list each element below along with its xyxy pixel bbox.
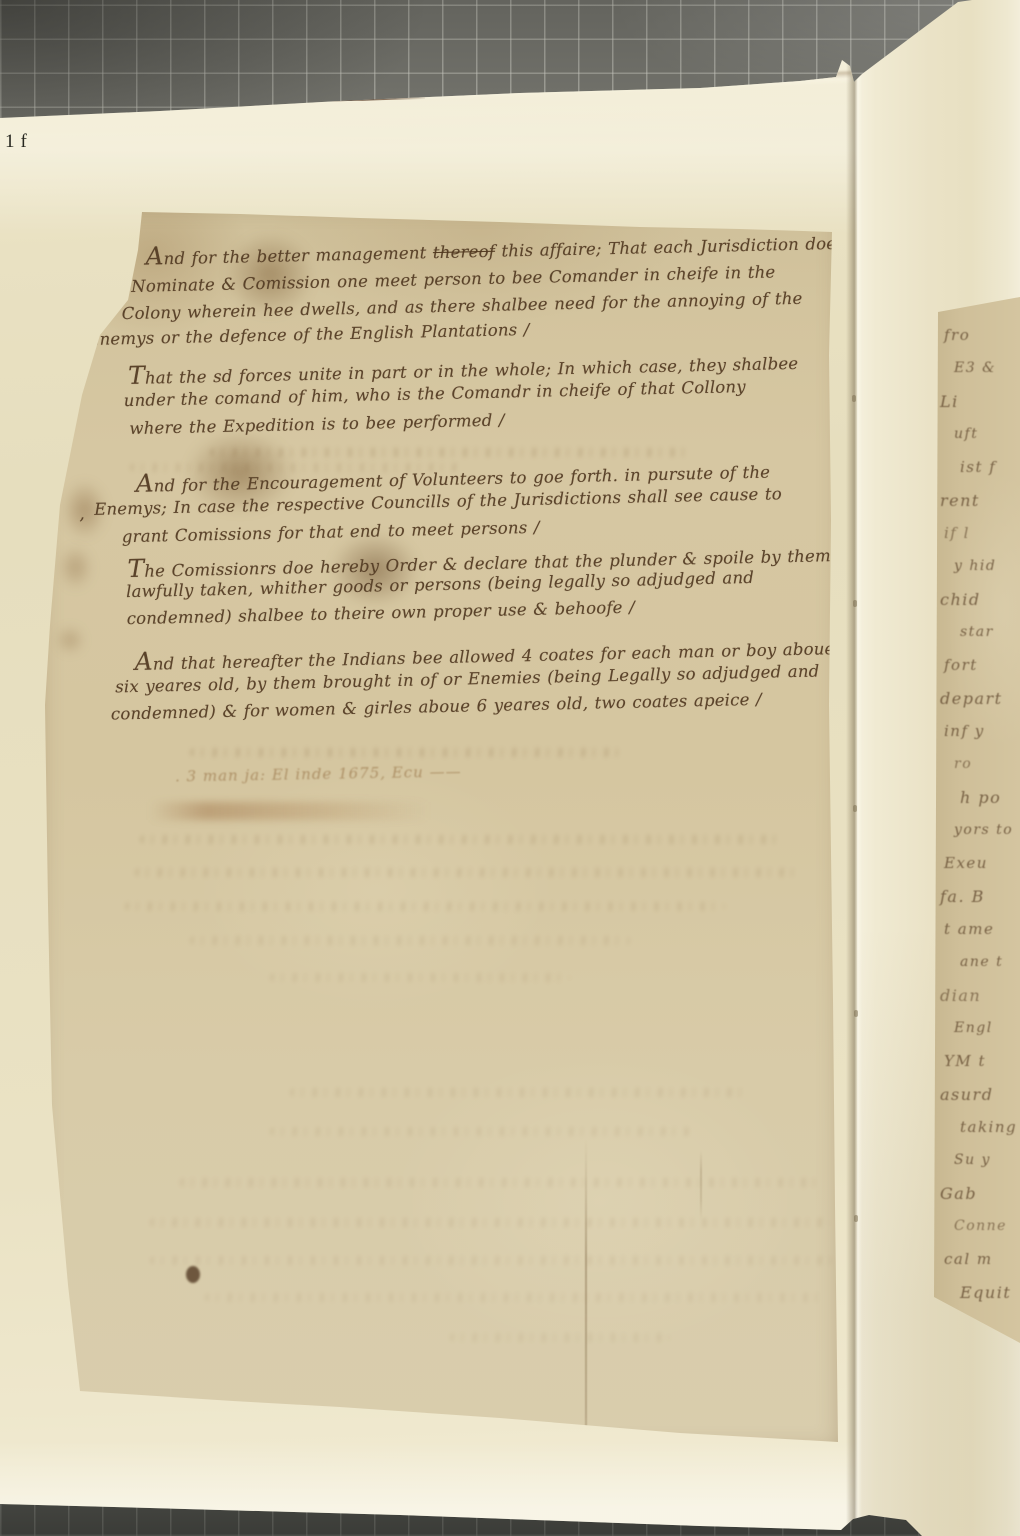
manuscript-leaf: . 3 man ja: El inde 1675, Ecu —— 1f And … <box>40 205 840 1450</box>
bleedthrough-smudge <box>150 1218 830 1227</box>
writing-fragment: Conne <box>932 1210 1020 1243</box>
struck-word: thereof <box>433 242 496 262</box>
writing-fragment: fort <box>932 649 1020 682</box>
writing-fragment: fa. B <box>932 880 1020 913</box>
writing-fragment: Engl <box>932 1012 1020 1045</box>
writing-fragment: dian <box>932 979 1020 1012</box>
stain-smear <box>150 802 430 820</box>
writing-fragment: yors to <box>932 814 1020 847</box>
bleedthrough-smudge <box>150 1256 840 1265</box>
bleedthrough-smudge <box>190 936 630 945</box>
writing-fragment: YM t <box>932 1045 1020 1078</box>
writing-fragment: ane t <box>932 946 1020 979</box>
writing-fragment: inf y <box>932 715 1020 748</box>
line-text: this affaire; That each Jurisdiction doe <box>495 234 837 261</box>
bleedthrough-smudge <box>140 835 780 844</box>
writing-fragment: rent <box>932 484 1020 517</box>
gutter-fold <box>846 58 862 1536</box>
manuscript-line: condemned) & for women & girles aboue 6 … <box>111 690 762 724</box>
writing-fragment: E3 & <box>932 352 1020 385</box>
writing-fragment: ro <box>932 748 1020 781</box>
writing-fragment: star <box>932 616 1020 649</box>
writing-fragment: h po <box>932 781 1020 814</box>
manuscript-line: where the Expedition is to bee performed… <box>129 411 505 439</box>
writing-fragment: asurd <box>932 1078 1020 1111</box>
adjacent-manuscript-leaf: froE3 &Liuftist frentif ly hidchidstarfo… <box>928 293 1020 1348</box>
writing-fragment: uft <box>932 418 1020 451</box>
writing-fragment: y hid <box>932 550 1020 583</box>
bleedthrough-smudge <box>270 1127 690 1136</box>
writing-fragment: cal m <box>932 1243 1020 1276</box>
binding-stitch <box>853 600 857 607</box>
bleedthrough-smudge <box>270 973 570 982</box>
ink-spot <box>186 1266 200 1283</box>
manuscript-line: condemned) shalbee to theire own proper … <box>126 598 635 629</box>
manuscript-line: Colony wherein hee dwells, and as there … <box>122 289 803 323</box>
bleedthrough-smudge <box>180 1178 820 1187</box>
binding-stitch <box>854 1010 858 1017</box>
writing-fragment: depart <box>932 682 1020 715</box>
writing-fragment: Li <box>932 385 1020 418</box>
ink-stain <box>55 625 85 655</box>
writing-fragment: Su y <box>932 1144 1020 1177</box>
printed-folio-label: 1f <box>5 131 33 153</box>
binding-stitch <box>854 1215 858 1222</box>
writing-fragment: fro <box>932 319 1020 352</box>
bleedthrough-smudge <box>135 868 795 877</box>
bound-volume: 1f . 3 man ja: El inde 1675, Ecu —— <box>0 0 1020 1536</box>
bleedthrough-smudge <box>450 1333 670 1342</box>
ink-stain <box>58 545 93 590</box>
writing-fragment: t ame <box>932 913 1020 946</box>
manuscript-line: Enemys or the defence of the English Pla… <box>87 320 530 349</box>
line-text: And for the better management <box>145 243 433 269</box>
marginal-insertion-mark: , <box>79 504 85 523</box>
binding-stitch <box>853 805 857 812</box>
bleedthrough-smudge <box>290 1088 750 1097</box>
bleedthrough-smudge <box>125 902 725 911</box>
adjacent-leaf-writing: froE3 &Liuftist frentif ly hidchidstarfo… <box>932 319 1020 1309</box>
writing-fragment: taking <box>932 1111 1020 1144</box>
writing-fragment: if l <box>932 517 1020 550</box>
bleedthrough-smudge <box>205 1293 825 1302</box>
writing-fragment: ist f <box>932 451 1020 484</box>
writing-fragment: Exeu <box>932 847 1020 880</box>
writing-fragment: chid <box>932 583 1020 616</box>
writing-fragment: Gab <box>932 1177 1020 1210</box>
binding-stitch <box>852 395 856 402</box>
manuscript-text-block: And for the better management thereof th… <box>85 218 858 795</box>
paper-crease <box>700 1150 702 1220</box>
manuscript-line: grant Comissions for that end to meet pe… <box>122 518 540 546</box>
photograph-of-manuscript: 1f . 3 man ja: El inde 1675, Ecu —— <box>0 0 1020 1536</box>
